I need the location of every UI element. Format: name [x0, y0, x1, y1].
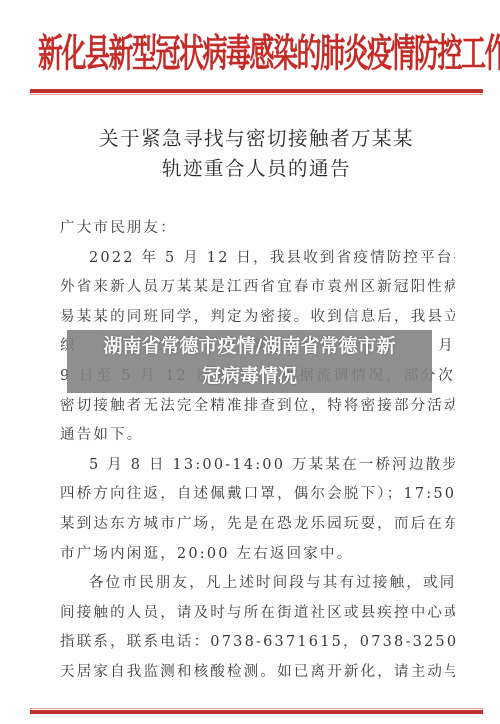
caption-overlay: 湖南省常德市疫情/湖南省常德市新 冠病毒情况: [67, 331, 432, 391]
body-line: 市广场内闲逛，20:00 左右返回家中。: [60, 540, 455, 570]
body-line: 间接触的人员，请及时与所在街道社区或县疾控中心或县防: [60, 599, 455, 629]
red-divider-top: [30, 89, 483, 95]
body-line: 四桥方向往返，自述佩戴口罩，偶尔会脱下）；17:50 万某: [60, 480, 455, 510]
red-divider-bottom: [30, 708, 483, 714]
body-line: 2022 年 5 月 12 日，我县收到省疫情防控平台推送信息，: [60, 244, 455, 274]
title-line-2: 轨迹重合人员的通告: [60, 154, 453, 184]
body-line: 易某某的同班同学，判定为密接。收到信息后，我县立即组: [60, 303, 455, 333]
body-line: 天居家自我监测和核酸检测。如已离开新化，请主动与当地: [60, 658, 455, 688]
body-line: 某到达东方城市广场，先是在恐龙乐园玩耍，而后在东方城: [60, 510, 455, 540]
body-line: 通告如下。: [60, 421, 455, 451]
salutation: 广大市民朋友：: [60, 214, 455, 244]
body-line: 外省来新人员万某某是江西省宜春市袁州区新冠阳性病例: [60, 273, 455, 303]
body-line: 指联系，联系电话：0738-6371615，0738-3250526；做好 7: [60, 628, 455, 658]
organization-header: 新化县新型冠状病毒感染的肺炎疫情防控工作指挥部: [38, 11, 476, 98]
document-page: 新化县新型冠状病毒感染的肺炎疫情防控工作指挥部 关于紧急寻找与密切接触者万某某 …: [0, 0, 500, 724]
document-title: 关于紧急寻找与密切接触者万某某 轨迹重合人员的通告: [60, 124, 453, 184]
document-body: 广大市民朋友： 2022 年 5 月 12 日，我县收到省疫情防控平台推送信息，…: [60, 214, 455, 688]
body-line: 5 月 8 日 13:00-14:00 万某某在一桥河边散步（一桥往: [60, 451, 455, 481]
body-line: 密切接触者无法完全精准排查到位，特将密接部分活动情况: [60, 392, 455, 422]
body-line: 各位市民朋友，凡上述时间段与其有过接触，或同一时: [60, 569, 455, 599]
title-line-1: 关于紧急寻找与密切接触者万某某: [60, 124, 453, 154]
caption-line-1: 湖南省常德市疫情/湖南省常德市新: [67, 331, 432, 361]
caption-line-2: 冠病毒情况: [67, 361, 432, 391]
